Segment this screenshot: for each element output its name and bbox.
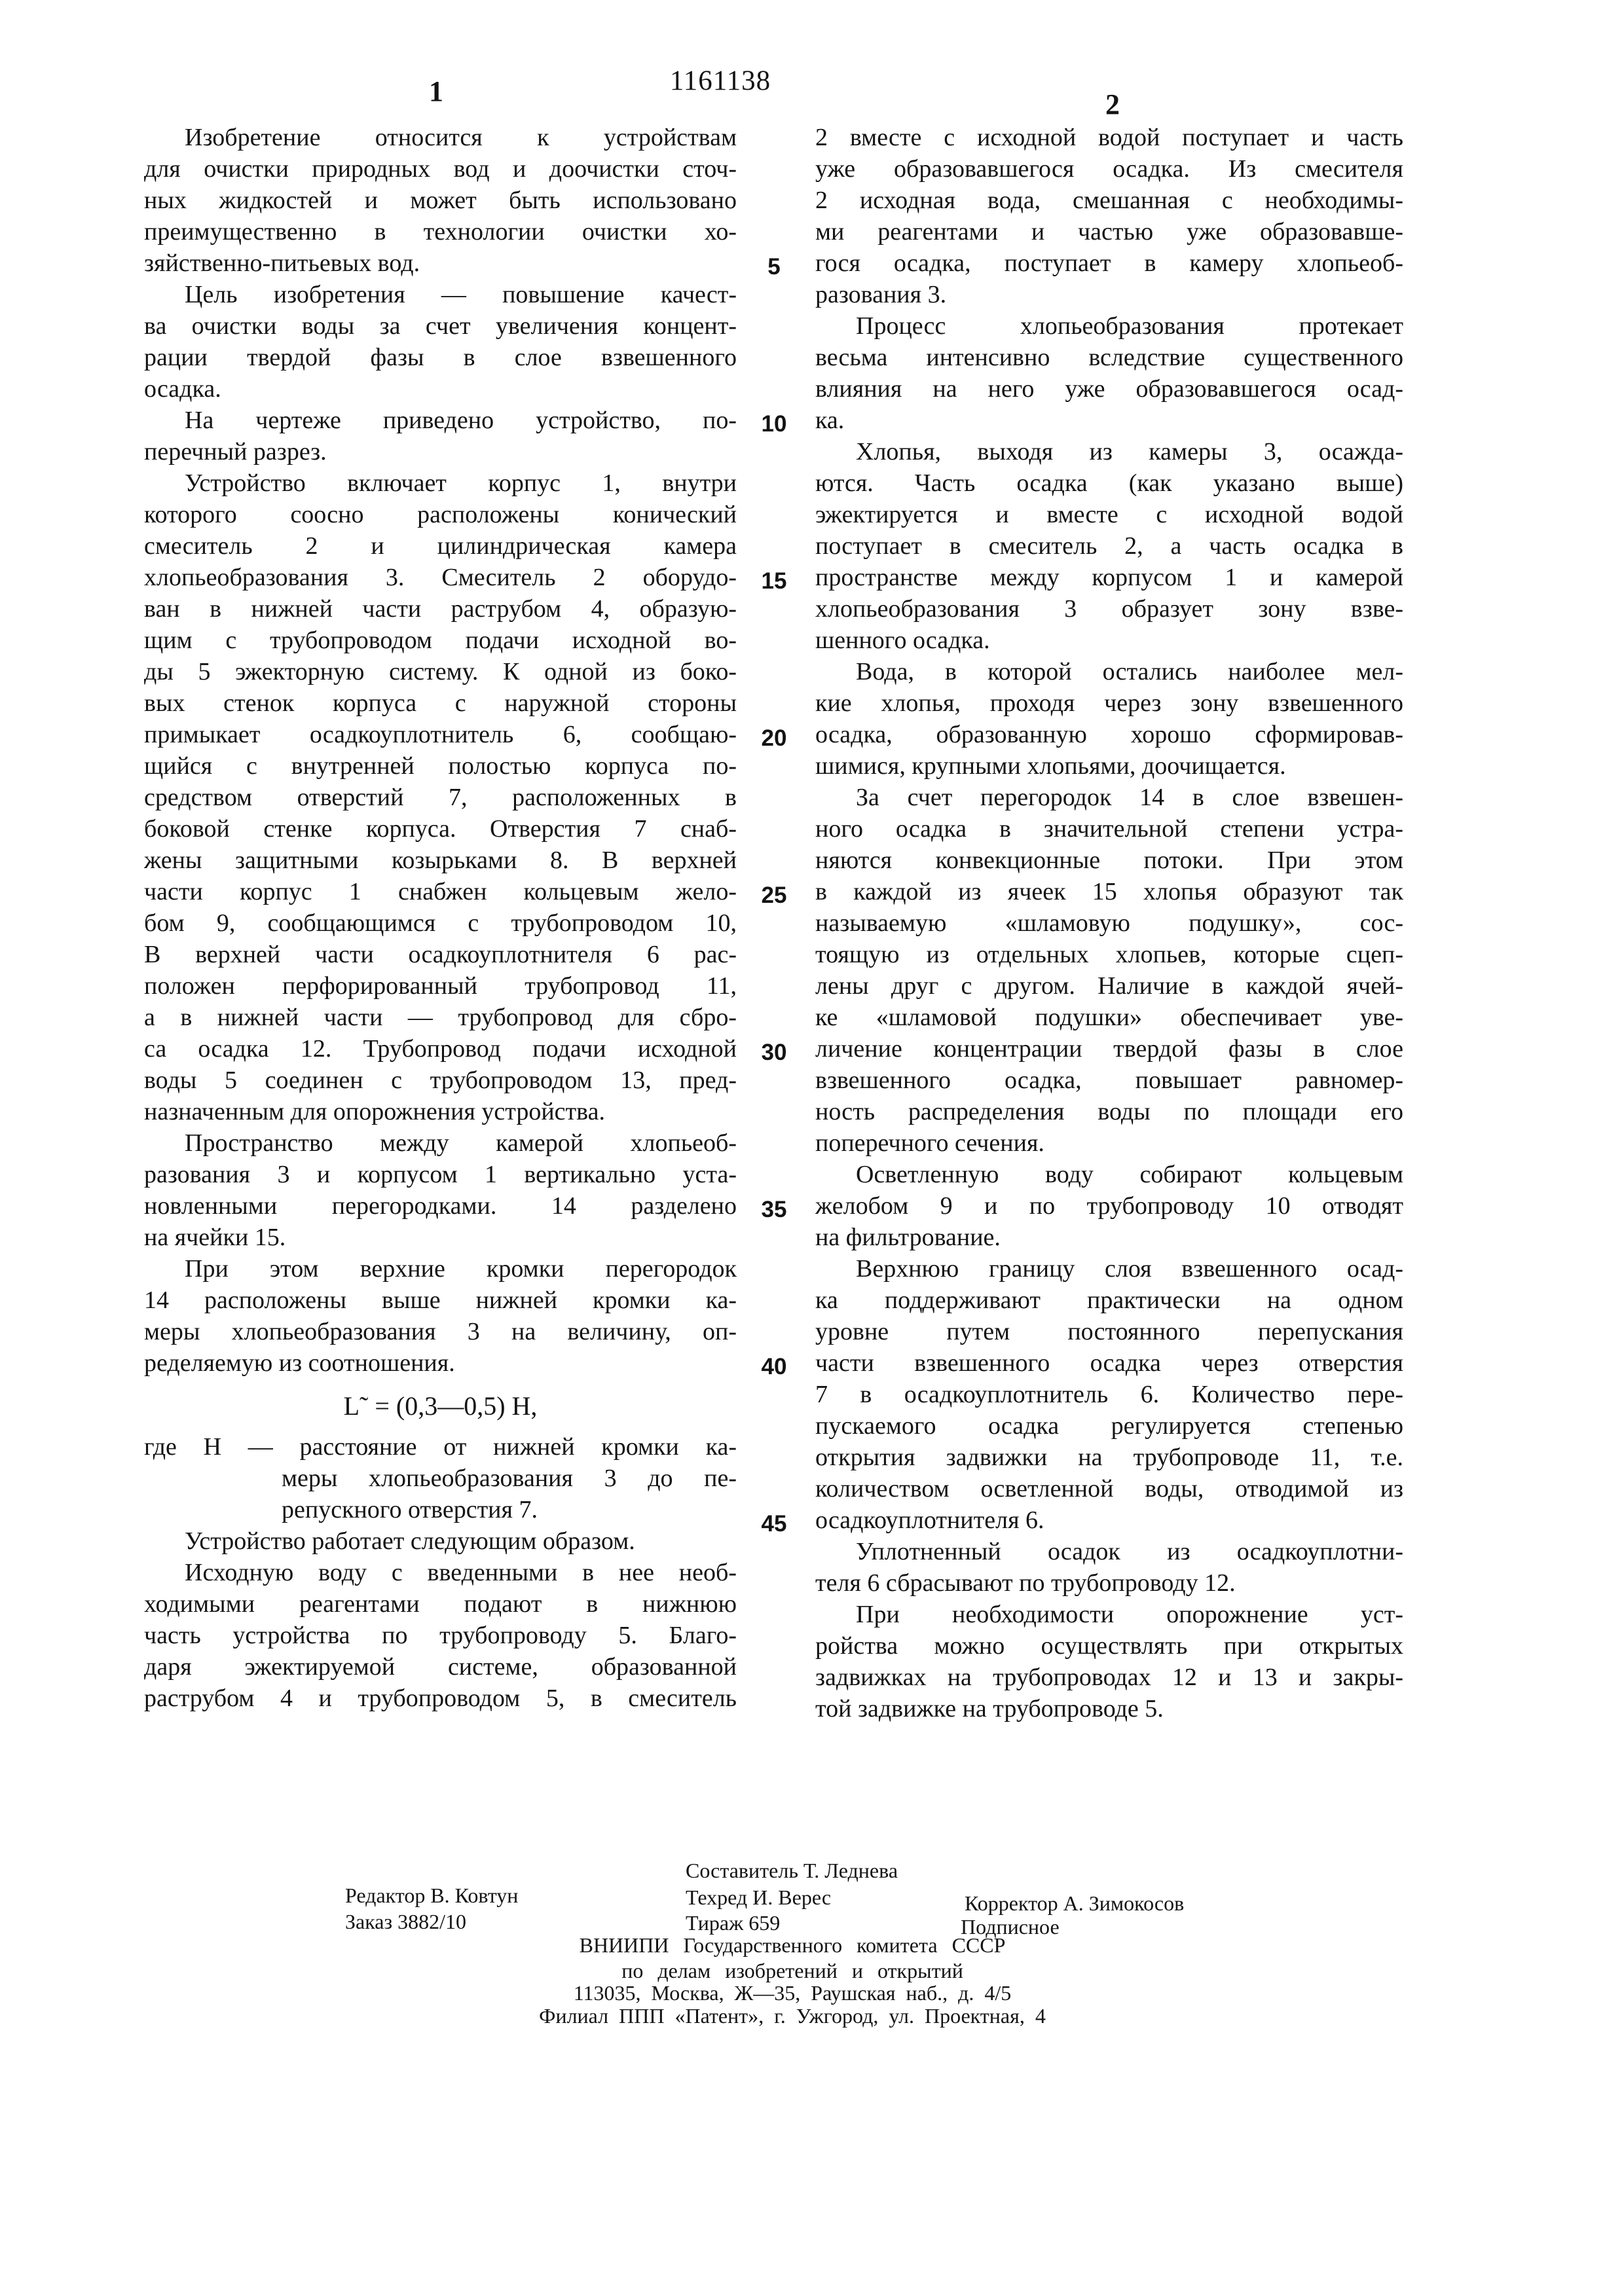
text-line: пространстве между корпусом 1 и камерой: [815, 562, 1403, 593]
text-line: поперечного сечения.: [815, 1127, 1403, 1159]
text-line: 2 исходная вода, смешанная с необходимы-: [815, 185, 1403, 216]
text-line: При этом верхние кромки перегородок: [144, 1253, 737, 1285]
text-line: меры хлопьеобразования 3 до пе-: [282, 1463, 737, 1494]
gutter-line-number: 20: [737, 723, 811, 754]
text-line: рации твердой фазы в слое взвешенного: [144, 342, 737, 373]
left-text-column: Изобретение относится к устройствамдля о…: [144, 122, 737, 1714]
formula-line: L˜ = (0,3—0,5) Н,: [144, 1391, 737, 1422]
footer-organization-line1: ВНИИПИ Государственного комитета СССР: [275, 1933, 1310, 1958]
text-line: на фильтрование.: [815, 1222, 1403, 1253]
text-line: теля 6 сбрасывают по трубопроводу 12.: [815, 1567, 1403, 1599]
text-line: лены друг с другом. Наличие в каждой яче…: [815, 970, 1403, 1002]
text-line: преимущественно в технологии очистки хо-: [144, 216, 737, 247]
text-line: задвижках на трубопроводах 12 и 13 и зак…: [815, 1662, 1403, 1693]
paragraph: При необходимости опорожнение уст-ройств…: [815, 1599, 1403, 1724]
text-line: няются конвекционные потоки. При этом: [815, 845, 1403, 876]
text-line: осадка.: [144, 373, 737, 405]
text-line: За счет перегородок 14 в слое взвешен-: [815, 782, 1403, 813]
text-line: 14 расположены выше нижней кромки ка-: [144, 1285, 737, 1316]
text-line: Цель изобретения — повышение качест-: [144, 279, 737, 310]
text-line: смеситель 2 и цилиндрическая камера: [144, 530, 737, 562]
text-line: щийся с внутренней полостью корпуса по-: [144, 750, 737, 782]
gutter-line-number: 35: [737, 1194, 811, 1226]
gutter-line-number: 10: [737, 409, 811, 440]
text-line: уже образовавшегося осадка. Из смесителя: [815, 153, 1403, 185]
text-line: жены защитными козырьками 8. В верхней: [144, 845, 737, 876]
paragraph: На чертеже приведено устройство, по-пере…: [144, 405, 737, 467]
text-line: осадкоуплотнителя 6.: [815, 1504, 1403, 1536]
text-line: хлопьеобразования 3 образует зону взве-: [815, 593, 1403, 625]
text-line: уровне путем постоянного перепускания: [815, 1316, 1403, 1347]
footer-compiler: Составитель Т. Леднева: [686, 1858, 898, 1883]
text-line: Изобретение относится к устройствам: [144, 122, 737, 153]
text-line: а в нижней части — трубопровод для сбро-: [144, 1002, 737, 1033]
text-line: шенного осадка.: [815, 625, 1403, 656]
paragraph: При этом верхние кромки перегородок14 ра…: [144, 1253, 737, 1379]
formula-block: L˜ = (0,3—0,5) Н,: [144, 1391, 737, 1422]
text-line: ных жидкостей и может быть использовано: [144, 185, 737, 216]
gutter-line-number: 15: [737, 566, 811, 597]
footer-print-run: Тираж 659: [686, 1910, 780, 1935]
text-line: репускного отверстия 7.: [282, 1494, 737, 1525]
text-line: называемую «шламовую подушку», сос-: [815, 907, 1403, 939]
text-line: са осадка 12. Трубопровод подачи исходно…: [144, 1033, 737, 1065]
text-line: На чертеже приведено устройство, по-: [144, 405, 737, 436]
paragraph: Уплотненный осадок из осадкоуплотни-теля…: [815, 1536, 1403, 1599]
text-line: ного осадка в значительной степени устра…: [815, 813, 1403, 845]
gutter-line-number: 30: [737, 1037, 811, 1068]
text-line: Устройство работает следующим образом.: [144, 1525, 737, 1557]
text-line: ка поддерживают практически на одном: [815, 1285, 1403, 1316]
text-line: личение концентрации твердой фазы в слое: [815, 1033, 1403, 1065]
text-line: вых стенок корпуса с наружной стороны: [144, 687, 737, 719]
text-line: Верхнюю границу слоя взвешенного осад-: [815, 1253, 1403, 1285]
text-line: той задвижке на трубопроводе 5.: [815, 1693, 1403, 1724]
text-line: количеством осветленной воды, отводимой …: [815, 1473, 1403, 1504]
text-line: средством отверстий 7, расположенных в: [144, 782, 737, 813]
paragraph: где Н — расстояние от нижней кромки ка-м…: [144, 1431, 737, 1525]
text-line: При необходимости опорожнение уст-: [815, 1599, 1403, 1630]
paragraph: Исходную воду с введенными в нее необ-хо…: [144, 1557, 737, 1714]
text-line: ределяемую из соотношения.: [144, 1347, 737, 1379]
text-line: перечный разрез.: [144, 436, 737, 467]
text-line: ность распределения воды по площади его: [815, 1096, 1403, 1127]
text-line: 7 в осадкоуплотнитель 6. Количество пере…: [815, 1379, 1403, 1410]
patent-document-page: 1 1161138 2 Изобретение относится к устр…: [0, 0, 1624, 2296]
text-line: боковой стенке корпуса. Отверстия 7 снаб…: [144, 813, 737, 845]
paragraph: Хлопья, выходя из камеры 3, осажда-ются.…: [815, 436, 1403, 656]
text-line: желобом 9 и по трубопроводу 10 отводят: [815, 1190, 1403, 1222]
text-line: ва очистки воды за счет увеличения конце…: [144, 310, 737, 342]
text-line: Процесс хлопьеобразования протекает: [815, 310, 1403, 342]
text-line: Уплотненный осадок из осадкоуплотни-: [815, 1536, 1403, 1567]
gutter-line-number: 45: [737, 1508, 811, 1540]
text-line: меры хлопьеобразования 3 на величину, оп…: [144, 1316, 737, 1347]
text-line: хлопьеобразования 3. Смеситель 2 оборудо…: [144, 562, 737, 593]
text-line: зяйственно-питьевых вод.: [144, 247, 737, 279]
footer-organization-line2: по делам изобретений и открытий: [275, 1958, 1310, 1983]
text-line: Вода, в которой остались наиболее мел-: [815, 656, 1403, 687]
text-line: разования 3.: [815, 279, 1403, 310]
text-line: раструбом 4 и трубопроводом 5, в смесите…: [144, 1683, 737, 1714]
text-line: Устройство включает корпус 1, внутри: [144, 467, 737, 499]
text-line: даря эжектируемой системе, образованной: [144, 1651, 737, 1683]
text-line: воды 5 соединен с трубопроводом 13, пред…: [144, 1065, 737, 1096]
gutter-line-number: 40: [737, 1351, 811, 1383]
text-line: часть устройства по трубопроводу 5. Благ…: [144, 1620, 737, 1651]
text-line: которого соосно расположены конический: [144, 499, 737, 530]
footer-branch: Филиал ППП «Патент», г. Ужгород, ул. Про…: [275, 2003, 1310, 2028]
text-line: где Н — расстояние от нижней кромки ка-: [144, 1431, 737, 1463]
paragraph: Цель изобретения — повышение качест-ва о…: [144, 279, 737, 405]
text-line: ван в нижней части раструбом 4, образую-: [144, 593, 737, 625]
text-line: для очистки природных вод и доочистки ст…: [144, 153, 737, 185]
text-line: положен перфорированный трубопровод 11,: [144, 970, 737, 1002]
text-line: шимися, крупными хлопьями, доочищается.: [815, 750, 1403, 782]
text-line: взвешенного осадка, повышает равномер-: [815, 1065, 1403, 1096]
column-number-left: 1: [429, 76, 443, 107]
text-line: ми реагентами и частью уже образовавше-: [815, 216, 1403, 247]
text-line: Хлопья, выходя из камеры 3, осажда-: [815, 436, 1403, 467]
text-line: влияния на него уже образовавшегося осад…: [815, 373, 1403, 405]
paragraph: Устройство работает следующим образом.: [144, 1525, 737, 1557]
footer-editor: Редактор В. Ковтун: [345, 1883, 518, 1908]
text-line: части корпус 1 снабжен кольцевым жело-: [144, 876, 737, 907]
text-line: пускаемого осадка регулируется степенью: [815, 1410, 1403, 1442]
paragraph: Верхнюю границу слоя взвешенного осад-ка…: [815, 1253, 1403, 1536]
text-line: поступает в смеситель 2, а часть осадка …: [815, 530, 1403, 562]
right-text-column: 2 вместе с исходной водой поступает и ча…: [815, 122, 1403, 1724]
text-line: ке «шламовой подушки» обеспечивает уве-: [815, 1002, 1403, 1033]
text-line: открытия задвижки на трубопроводе 11, т.…: [815, 1442, 1403, 1473]
text-line: Осветленную воду собирают кольцевым: [815, 1159, 1403, 1190]
text-line: осадка, образованную хорошо сформировав-: [815, 719, 1403, 750]
text-line: назначенным для опорожнения устройства.: [144, 1096, 737, 1127]
text-line: бом 9, сообщающимся с трубопроводом 10,: [144, 907, 737, 939]
text-line: гося осадка, поступает в камеру хлопьеоб…: [815, 247, 1403, 279]
text-line: ды 5 эжекторную систему. К одной из боко…: [144, 656, 737, 687]
footer-order-number: Заказ 3882/10: [345, 1909, 466, 1934]
patent-number: 1161138: [638, 65, 802, 97]
paragraph: Осветленную воду собирают кольцевымжелоб…: [815, 1159, 1403, 1253]
gutter-line-number: 5: [737, 251, 811, 283]
text-line: Пространство между камерой хлопьеоб-: [144, 1127, 737, 1159]
text-line: части взвешенного осадка через отверстия: [815, 1347, 1403, 1379]
column-number-right: 2: [1105, 89, 1120, 120]
paragraph: Устройство включает корпус 1, внутрикото…: [144, 467, 737, 1127]
text-line: тоящую из отдельных хлопьев, которые сце…: [815, 939, 1403, 970]
text-line: ка.: [815, 405, 1403, 436]
text-line: весьма интенсивно вследствие существенно…: [815, 342, 1403, 373]
text-line: В верхней части осадкоуплотнителя 6 рас-: [144, 939, 737, 970]
gutter-line-number: 25: [737, 880, 811, 911]
text-line: ходимыми реагентами подают в нижнюю: [144, 1588, 737, 1620]
text-line: Исходную воду с введенными в нее необ-: [144, 1557, 737, 1588]
text-line: ются. Часть осадка (как указано выше): [815, 467, 1403, 499]
text-line: эжектируется и вместе с исходной водой: [815, 499, 1403, 530]
text-line: новленными перегородками. 14 разделено: [144, 1190, 737, 1222]
paragraph: За счет перегородок 14 в слое взвешен-но…: [815, 782, 1403, 1159]
text-line: на ячейки 15.: [144, 1222, 737, 1253]
paragraph: 2 вместе с исходной водой поступает и ча…: [815, 122, 1403, 310]
paragraph: Процесс хлопьеобразования протекаетвесьм…: [815, 310, 1403, 436]
text-line: в каждой из ячеек 15 хлопья образуют так: [815, 876, 1403, 907]
text-line: ройства можно осуществлять при открытых: [815, 1630, 1403, 1662]
text-line: 2 вместе с исходной водой поступает и ча…: [815, 122, 1403, 153]
paragraph: Пространство между камерой хлопьеоб-разо…: [144, 1127, 737, 1253]
footer-techeditor: Техред И. Верес: [686, 1885, 831, 1910]
text-line: примыкает осадкоуплотнитель 6, сообщаю-: [144, 719, 737, 750]
text-line: щим с трубопроводом подачи исходной во-: [144, 625, 737, 656]
footer-corrector: Корректор А. Зимокосов: [965, 1891, 1184, 1916]
paragraph: Изобретение относится к устройствамдля о…: [144, 122, 737, 279]
text-line: разования 3 и корпусом 1 вертикально уст…: [144, 1159, 737, 1190]
footer-address: 113035, Москва, Ж—35, Раушская наб., д. …: [275, 1980, 1310, 2005]
text-line: кие хлопья, проходя через зону взвешенно…: [815, 687, 1403, 719]
paragraph: Вода, в которой остались наиболее мел-ки…: [815, 656, 1403, 782]
